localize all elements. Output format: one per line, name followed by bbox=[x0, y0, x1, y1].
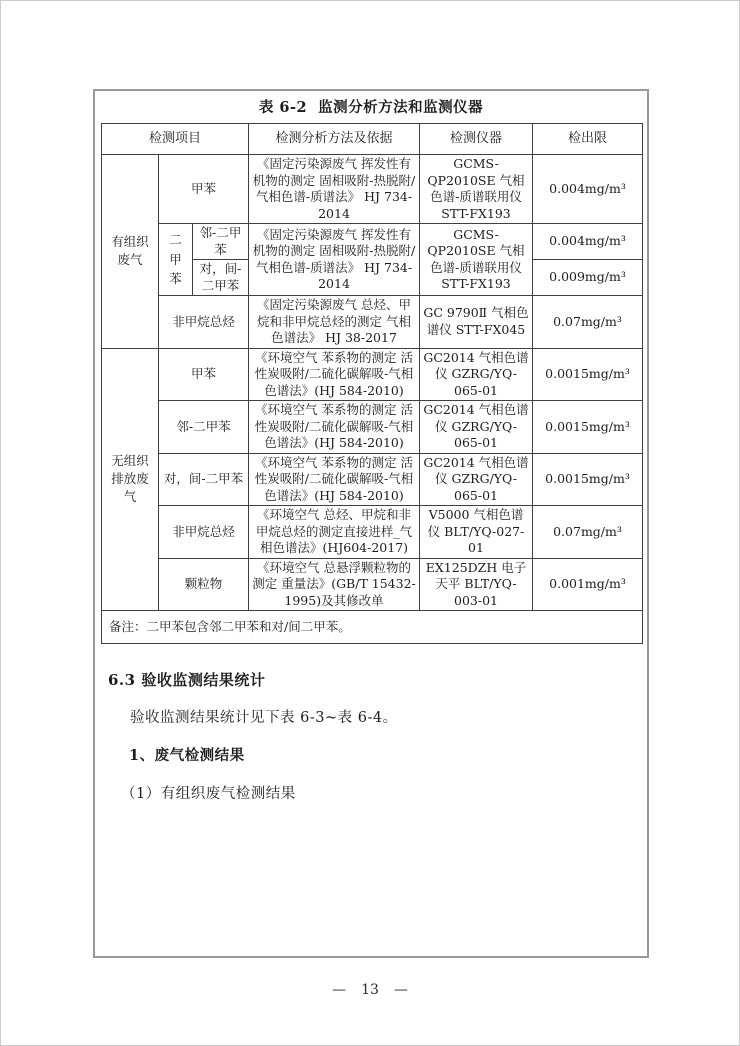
cell-item: 邻-二甲苯 bbox=[193, 224, 249, 260]
cell-method: 《环境空气 苯系物的测定 活性炭吸附/二硫化碳解吸-气相色谱法》(HJ 584-… bbox=[249, 453, 420, 506]
page-number-dash-left: — bbox=[332, 982, 346, 998]
cell-instrument: GCMS-QP2010SE 气相色谱-质谱联用仪 STT-FX193 bbox=[420, 155, 533, 224]
header-limit: 检出限 bbox=[533, 124, 643, 155]
row-group-unorganized-waste-gas: 无组织排放废气 bbox=[102, 348, 159, 611]
cell-limit: 0.0015mg/m³ bbox=[533, 401, 643, 454]
cell-item: 甲苯 bbox=[159, 348, 249, 401]
cell-method: 《环境空气 苯系物的测定 活性炭吸附/二硫化碳解吸-气相色谱法》(HJ 584-… bbox=[249, 401, 420, 454]
page-number-dash-right: — bbox=[394, 982, 408, 998]
cell-method: 《环境空气 总悬浮颗粒物的测定 重量法》(GB/T 15432-1995)及其修… bbox=[249, 558, 420, 611]
table-note: 备注：二甲苯包含邻二甲苯和对/间二甲苯。 bbox=[102, 611, 643, 644]
section-paragraph: 验收监测结果统计见下表 6-3~表 6-4。 bbox=[130, 706, 647, 727]
cell-limit: 0.0015mg/m³ bbox=[533, 348, 643, 401]
cell-instrument: GC 9790Ⅱ 气相色谱仪 STT-FX045 bbox=[420, 296, 533, 349]
table-row-unorg-nmhc: 非甲烷总烃 《环境空气 总烃、甲烷和非甲烷总烃的测定直接进样_气相色谱法》(HJ… bbox=[102, 506, 643, 559]
cell-item: 颗粒物 bbox=[159, 558, 249, 611]
cell-method: 《固定污染源废气 挥发性有机物的测定 固相吸附-热脱附/气相色谱-质谱法》 HJ… bbox=[249, 155, 420, 224]
page-content-frame: 表 6-2监测分析方法和监测仪器 检测项目 检测分析方法及依据 检测仪器 检出限… bbox=[93, 89, 649, 958]
table-number: 表 6-2 bbox=[259, 99, 307, 116]
table-row-org-o-xylene: 二甲苯 邻-二甲苯 《固定污染源废气 挥发性有机物的测定 固相吸附-热脱附/气相… bbox=[102, 224, 643, 260]
header-instrument: 检测仪器 bbox=[420, 124, 533, 155]
header-item: 检测项目 bbox=[102, 124, 249, 155]
cell-item: 甲苯 bbox=[159, 155, 249, 224]
cell-item: 非甲烷总烃 bbox=[159, 506, 249, 559]
table-row-org-toluene: 有组织废气 甲苯 《固定污染源废气 挥发性有机物的测定 固相吸附-热脱附/气相色… bbox=[102, 155, 643, 224]
cell-limit: 0.001mg/m³ bbox=[533, 558, 643, 611]
cell-limit: 0.07mg/m³ bbox=[533, 296, 643, 349]
cell-instrument: EX125DZH 电子天平 BLT/YQ-003-01 bbox=[420, 558, 533, 611]
row-group-organized-label: 有组织废气 bbox=[110, 233, 150, 269]
cell-item: 邻-二甲苯 bbox=[159, 401, 249, 454]
subsection-waste-gas-results: 1、废气检测结果 bbox=[129, 744, 647, 765]
table-title: 表 6-2监测分析方法和监测仪器 bbox=[95, 96, 647, 117]
cell-method: 《环境空气 总烃、甲烷和非甲烷总烃的测定直接进样_气相色谱法》(HJ604-20… bbox=[249, 506, 420, 559]
cell-method: 《环境空气 苯系物的测定 活性炭吸附/二硫化碳解吸-气相色谱法》(HJ 584-… bbox=[249, 348, 420, 401]
cell-limit: 0.07mg/m³ bbox=[533, 506, 643, 559]
row-group-xylene: 二甲苯 bbox=[159, 224, 193, 296]
subsection-organized-results: （1）有组织废气检测结果 bbox=[121, 782, 647, 803]
table-row-unorg-pm-xylene: 对，间-二甲苯 《环境空气 苯系物的测定 活性炭吸附/二硫化碳解吸-气相色谱法》… bbox=[102, 453, 643, 506]
cell-limit: 0.0015mg/m³ bbox=[533, 453, 643, 506]
document-page: 表 6-2监测分析方法和监测仪器 检测项目 检测分析方法及依据 检测仪器 检出限… bbox=[0, 0, 740, 1046]
cell-instrument: GC2014 气相色谱仪 GZRG/YQ-065-01 bbox=[420, 401, 533, 454]
table-row-unorg-toluene: 无组织排放废气 甲苯 《环境空气 苯系物的测定 活性炭吸附/二硫化碳解吸-气相色… bbox=[102, 348, 643, 401]
monitoring-methods-table: 检测项目 检测分析方法及依据 检测仪器 检出限 有组织废气 甲苯 《固定污染源废… bbox=[101, 123, 643, 644]
cell-limit: 0.004mg/m³ bbox=[533, 224, 643, 260]
table-note-row: 备注：二甲苯包含邻二甲苯和对/间二甲苯。 bbox=[102, 611, 643, 644]
cell-limit: 0.009mg/m³ bbox=[533, 260, 643, 296]
cell-item: 对，间-二甲苯 bbox=[159, 453, 249, 506]
cell-limit: 0.004mg/m³ bbox=[533, 155, 643, 224]
cell-method: 《固定污染源废气 总烃、甲烷和非甲烷总烃的测定 气相色谱法》 HJ 38-201… bbox=[249, 296, 420, 349]
table-header-row: 检测项目 检测分析方法及依据 检测仪器 检出限 bbox=[102, 124, 643, 155]
table-row-unorg-o-xylene: 邻-二甲苯 《环境空气 苯系物的测定 活性炭吸附/二硫化碳解吸-气相色谱法》(H… bbox=[102, 401, 643, 454]
row-group-organized-waste-gas: 有组织废气 bbox=[102, 155, 159, 349]
row-group-xylene-label: 二甲苯 bbox=[168, 230, 182, 288]
cell-item: 对，间-二甲苯 bbox=[193, 260, 249, 296]
cell-instrument: GC2014 气相色谱仪 GZRG/YQ-065-01 bbox=[420, 453, 533, 506]
table-row-org-nmhc: 非甲烷总烃 《固定污染源废气 总烃、甲烷和非甲烷总烃的测定 气相色谱法》 HJ … bbox=[102, 296, 643, 349]
page-number-value: 13 bbox=[361, 982, 379, 998]
cell-instrument: GCMS-QP2010SE 气相色谱-质谱联用仪 STT-FX193 bbox=[420, 224, 533, 296]
table-row-unorg-particulate: 颗粒物 《环境空气 总悬浮颗粒物的测定 重量法》(GB/T 15432-1995… bbox=[102, 558, 643, 611]
cell-item: 非甲烷总烃 bbox=[159, 296, 249, 349]
header-method: 检测分析方法及依据 bbox=[249, 124, 420, 155]
cell-instrument: V5000 气相色谱仪 BLT/YQ-027-01 bbox=[420, 506, 533, 559]
cell-instrument: GC2014 气相色谱仪 GZRG/YQ-065-01 bbox=[420, 348, 533, 401]
section-heading-6-3: 6.3 验收监测结果统计 bbox=[108, 669, 647, 690]
table-title-text: 监测分析方法和监测仪器 bbox=[318, 99, 483, 116]
row-group-unorganized-label: 无组织排放废气 bbox=[110, 452, 150, 506]
cell-method: 《固定污染源废气 挥发性有机物的测定 固相吸附-热脱附/气相色谱-质谱法》 HJ… bbox=[249, 224, 420, 296]
page-number: — 13 — bbox=[1, 982, 739, 998]
